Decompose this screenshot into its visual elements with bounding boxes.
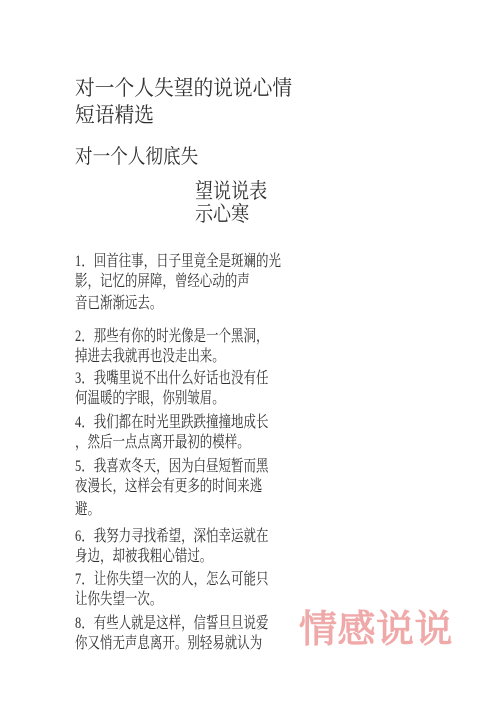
paragraph-3: 3．我嘴里说不出什么好话也没有任 何温暖的字眼，你别皱眉。 — [75, 369, 268, 409]
paragraph-line: 7．让你失望一次的人，怎么可能只 — [75, 570, 268, 590]
paragraph-line: 4．我们都在时光里跌跌撞撞地成长 — [75, 413, 268, 433]
paragraph-1-continuation: 音已渐渐远去。 — [75, 294, 162, 314]
paragraph-4: 4．我们都在时光里跌跌撞撞地成长 ，然后一点点离开最初的模样。 — [75, 413, 268, 453]
paragraph-line: 身边，却被我粗心错过。 — [75, 547, 268, 567]
paragraph-line: 夜漫长，这样会有更多的时间来逃 — [75, 477, 268, 497]
paragraph-line: 2．那些有你的时光像是一个黑洞， — [75, 327, 268, 347]
paragraph-line: ，然后一点点离开最初的模样。 — [75, 433, 268, 453]
paragraph-5-continuation: 避。 — [75, 500, 100, 520]
paragraph-6: 6．我努力寻找希望，深怕幸运就在 身边，却被我粗心错过。 — [75, 527, 268, 567]
title-line-2: 短语精选 — [75, 102, 292, 129]
paragraph-line: 5．我喜欢冬天，因为白昼短暂而黑 — [75, 457, 268, 477]
paragraph-line: 你又悄无声息离开。别轻易就认为 — [75, 634, 268, 654]
paragraph-line: 1．回首往事，日子里竟全是斑斓的光 — [75, 252, 281, 272]
site-watermark: 情感说说 — [299, 611, 453, 649]
subheading-part-1: 对一个人彻底失 — [75, 145, 198, 169]
title-line-1: 对一个人失望的说说心情 — [75, 75, 292, 102]
paragraph-line: 何温暖的字眼，你别皱眉。 — [75, 389, 268, 409]
paragraph-line: 让你失望一次。 — [75, 590, 268, 610]
subheading-line-3: 示心寒 — [195, 203, 267, 226]
paragraph-8: 8．有些人就是这样，信誓旦旦说爱 你又悄无声息离开。别轻易就认为 — [75, 614, 268, 654]
paragraph-1: 1．回首往事，日子里竟全是斑斓的光 影，记忆的屏障，曾经心动的声 — [75, 252, 281, 292]
paragraph-line: 6．我努力寻找希望，深怕幸运就在 — [75, 527, 268, 547]
subheading-line-2: 望说说表 — [195, 180, 267, 203]
subheading-part-2: 望说说表 示心寒 — [195, 180, 267, 226]
paragraph-line: 8．有些人就是这样，信誓旦旦说爱 — [75, 614, 268, 634]
paragraph-line: 避。 — [75, 500, 100, 520]
page-title: 对一个人失望的说说心情 短语精选 — [75, 75, 292, 129]
paragraph-line: 掉进去我就再也没走出来。 — [75, 347, 268, 367]
paragraph-line: 音已渐渐远去。 — [75, 294, 162, 314]
paragraph-line: 影，记忆的屏障，曾经心动的声 — [75, 272, 281, 292]
paragraph-line: 3．我嘴里说不出什么好话也没有任 — [75, 369, 268, 389]
document-page: 对一个人失望的说说心情 短语精选 对一个人彻底失 望说说表 示心寒 1．回首往事… — [0, 0, 500, 708]
paragraph-5: 5．我喜欢冬天，因为白昼短暂而黑 夜漫长，这样会有更多的时间来逃 — [75, 457, 268, 497]
paragraph-7: 7．让你失望一次的人，怎么可能只 让你失望一次。 — [75, 570, 268, 610]
paragraph-2: 2．那些有你的时光像是一个黑洞， 掉进去我就再也没走出来。 — [75, 327, 268, 367]
